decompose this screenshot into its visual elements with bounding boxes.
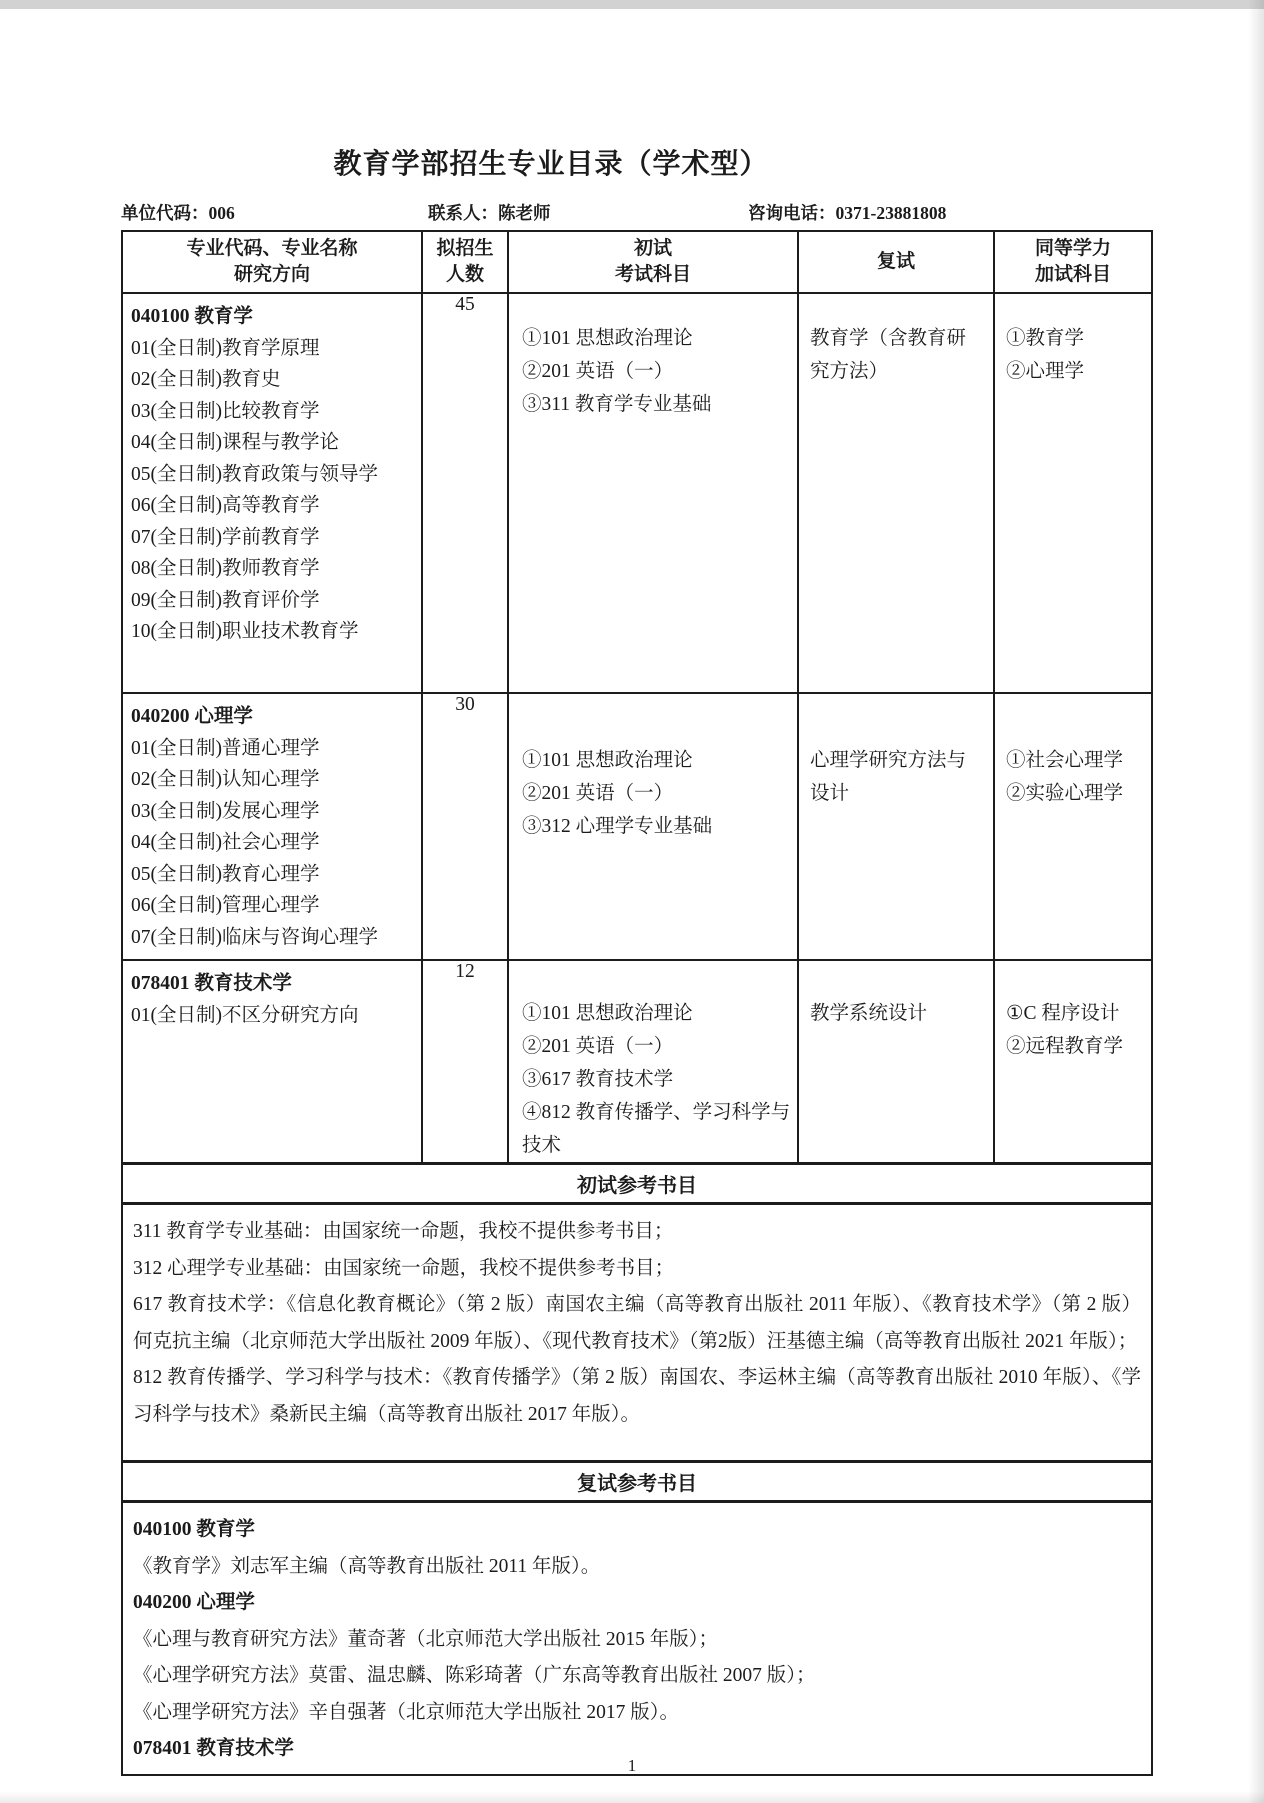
exam-subjects-cell: ①101 思想政治理论 ②201 英语（一） ③311 教育学专业基础 <box>508 293 798 693</box>
exam-subject-item: ③311 教育学专业基础 <box>522 388 791 421</box>
program-code: 078401 教育技术学 <box>131 968 415 1000</box>
section-header-initial-ref: 初试参考书目 <box>122 1164 1152 1204</box>
reference-line: 311 教育学专业基础：由国家统一命题，我校不提供参考书目； <box>133 1214 1141 1251</box>
direction-item: 01(全日制)不区分研究方向 <box>131 1000 415 1032</box>
direction-item: 03(全日制)发展心理学 <box>131 796 415 828</box>
additional-subject-item: ②远程教育学 <box>1006 1030 1147 1063</box>
additional-subjects-cell: ①教育学 ②心理学 <box>994 293 1152 693</box>
direction-item: 04(全日制)社会心理学 <box>131 827 415 859</box>
column-header-quota-line1: 拟招生 <box>425 236 505 262</box>
column-header-additional-exam: 同等学力 加试科目 <box>994 231 1152 293</box>
column-header-additional-line2: 加试科目 <box>997 262 1149 288</box>
direction-item: 10(全日制)职业技术教育学 <box>131 616 415 648</box>
reference-program-code: 040100 教育学 <box>133 1512 1141 1549</box>
retest-subject-cell: 心理学研究方法与设计 <box>798 693 994 960</box>
reference-line: 617 教育技术学：《信息化教育概论》（第 2 版）南国农主编（高等教育出版社 … <box>133 1287 1141 1360</box>
column-header-additional-line1: 同等学力 <box>997 236 1149 262</box>
additional-subject-item: ①教育学 <box>1006 322 1147 355</box>
phone-number-label: 咨询电话：0371-23881808 <box>748 200 946 225</box>
retest-subject-cell: 教学系统设计 <box>798 960 994 1164</box>
direction-item: 08(全日制)教师教育学 <box>131 553 415 585</box>
quota-value: 12 <box>422 960 508 1164</box>
direction-item: 02(全日制)教育史 <box>131 364 415 396</box>
initial-ref-body: 311 教育学专业基础：由国家统一命题，我校不提供参考书目； 312 心理学专业… <box>122 1204 1152 1462</box>
direction-item: 09(全日制)教育评价学 <box>131 585 415 617</box>
additional-subject-item: ①C 程序设计 <box>1006 997 1147 1030</box>
exam-subject-item: ④812 教育传播学、学习科学与技术 <box>522 1096 791 1162</box>
direction-item: 05(全日制)教育心理学 <box>131 859 415 891</box>
exam-subject-item: ③617 教育技术学 <box>522 1063 791 1096</box>
reference-line: 812 教育传播学、学习科学与技术：《教育传播学》（第 2 版）南国农、李运林主… <box>133 1360 1141 1433</box>
retest-ref-text-cell: 040100 教育学 《教育学》刘志军主编（高等教育出版社 2011 年版）。 … <box>122 1502 1152 1775</box>
exam-subject-item: ①101 思想政治理论 <box>522 744 791 777</box>
reference-line: 312 心理学专业基础：由国家统一命题，我校不提供参考书目； <box>133 1251 1141 1288</box>
column-header-initial-exam: 初试 考试科目 <box>508 231 798 293</box>
unit-code-label: 单位代码：006 <box>121 200 235 225</box>
column-header-initial-exam-line2: 考试科目 <box>511 262 795 288</box>
additional-subjects-cell: ①社会心理学 ②实验心理学 <box>994 693 1152 960</box>
scan-artifact-right-edge <box>1248 0 1264 1803</box>
table-header-row: 专业代码、专业名称 研究方向 拟招生 人数 初试 考试科目 复试 同等学力 加试… <box>122 231 1152 293</box>
section-header-retest-ref: 复试参考书目 <box>122 1462 1152 1502</box>
direction-item: 01(全日制)普通心理学 <box>131 733 415 765</box>
section-title: 初试参考书目 <box>122 1164 1152 1204</box>
column-header-quota-line2: 人数 <box>425 262 505 288</box>
direction-item: 05(全日制)教育政策与领导学 <box>131 459 415 491</box>
exam-subject-item: ③312 心理学专业基础 <box>522 810 791 843</box>
table-row-psychology: 040200 心理学 01(全日制)普通心理学 02(全日制)认知心理学 03(… <box>122 693 1152 960</box>
section-title: 复试参考书目 <box>122 1462 1152 1502</box>
exam-subject-item: ②201 英语（一） <box>522 355 791 388</box>
scan-artifact-bottom-edge <box>0 1791 1264 1803</box>
program-code: 040100 教育学 <box>131 301 415 333</box>
retest-ref-body: 040100 教育学 《教育学》刘志军主编（高等教育出版社 2011 年版）。 … <box>122 1502 1152 1775</box>
direction-item: 02(全日制)认知心理学 <box>131 764 415 796</box>
initial-ref-text-cell: 311 教育学专业基础：由国家统一命题，我校不提供参考书目； 312 心理学专业… <box>122 1204 1152 1462</box>
info-row: 单位代码：006 联系人：陈老师 咨询电话：0371-23881808 <box>121 200 1151 226</box>
column-header-initial-exam-line1: 初试 <box>511 236 795 262</box>
quota-value: 45 <box>422 293 508 693</box>
contact-person-label: 联系人：陈老师 <box>428 200 551 225</box>
quota-value: 30 <box>422 693 508 960</box>
additional-subject-item: ①社会心理学 <box>1006 744 1147 777</box>
reference-line: 《心理学研究方法》辛自强著（北京师范大学出版社 2017 版）。 <box>133 1695 1141 1732</box>
table-row-education: 040100 教育学 01(全日制)教育学原理 02(全日制)教育史 03(全日… <box>122 293 1152 693</box>
program-cell: 078401 教育技术学 01(全日制)不区分研究方向 <box>122 960 422 1164</box>
program-cell: 040200 心理学 01(全日制)普通心理学 02(全日制)认知心理学 03(… <box>122 693 422 960</box>
reference-line: 《教育学》刘志军主编（高等教育出版社 2011 年版）。 <box>133 1549 1141 1586</box>
additional-subjects-cell: ①C 程序设计 ②远程教育学 <box>994 960 1152 1164</box>
column-header-program: 专业代码、专业名称 研究方向 <box>122 231 422 293</box>
exam-subjects-cell: ①101 思想政治理论 ②201 英语（一） ③312 心理学专业基础 <box>508 693 798 960</box>
table-row-education-technology: 078401 教育技术学 01(全日制)不区分研究方向 12 ①101 思想政治… <box>122 960 1152 1164</box>
reference-program-code: 040200 心理学 <box>133 1585 1141 1622</box>
column-header-program-line2: 研究方向 <box>125 262 419 288</box>
column-header-quota: 拟招生 人数 <box>422 231 508 293</box>
direction-item: 06(全日制)高等教育学 <box>131 490 415 522</box>
reference-line: 《心理学研究方法》莫雷、温忠麟、陈彩琦著（广东高等教育出版社 2007 版）； <box>133 1658 1141 1695</box>
program-cell: 040100 教育学 01(全日制)教育学原理 02(全日制)教育史 03(全日… <box>122 293 422 693</box>
column-header-program-line1: 专业代码、专业名称 <box>125 236 419 262</box>
direction-item: 07(全日制)学前教育学 <box>131 522 415 554</box>
page-number: 1 <box>0 1756 1264 1776</box>
exam-subject-item: ①101 思想政治理论 <box>522 997 791 1030</box>
direction-item: 03(全日制)比较教育学 <box>131 396 415 428</box>
exam-subjects-cell: ①101 思想政治理论 ②201 英语（一） ③617 教育技术学 ④812 教… <box>508 960 798 1164</box>
direction-item: 04(全日制)课程与教学论 <box>131 427 415 459</box>
page-title: 教育学部招生专业目录（学术型） <box>121 142 981 182</box>
column-header-retest: 复试 <box>798 231 994 293</box>
additional-subject-item: ②实验心理学 <box>1006 777 1147 810</box>
exam-subject-item: ②201 英语（一） <box>522 777 791 810</box>
direction-item: 06(全日制)管理心理学 <box>131 890 415 922</box>
direction-item: 07(全日制)临床与咨询心理学 <box>131 922 415 954</box>
exam-subject-item: ②201 英语（一） <box>522 1030 791 1063</box>
program-code: 040200 心理学 <box>131 701 415 733</box>
direction-item: 01(全日制)教育学原理 <box>131 333 415 365</box>
document-content: 教育学部招生专业目录（学术型） 单位代码：006 联系人：陈老师 咨询电话：03… <box>121 0 1151 1776</box>
exam-subject-item: ①101 思想政治理论 <box>522 322 791 355</box>
admissions-table: 专业代码、专业名称 研究方向 拟招生 人数 初试 考试科目 复试 同等学力 加试… <box>121 230 1153 1776</box>
document-page: 教育学部招生专业目录（学术型） 单位代码：006 联系人：陈老师 咨询电话：03… <box>0 0 1264 1803</box>
retest-subject-cell: 教育学（含教育研究方法） <box>798 293 994 693</box>
reference-line: 《心理与教育研究方法》董奇著（北京师范大学出版社 2015 年版）； <box>133 1622 1141 1659</box>
additional-subject-item: ②心理学 <box>1006 355 1147 388</box>
